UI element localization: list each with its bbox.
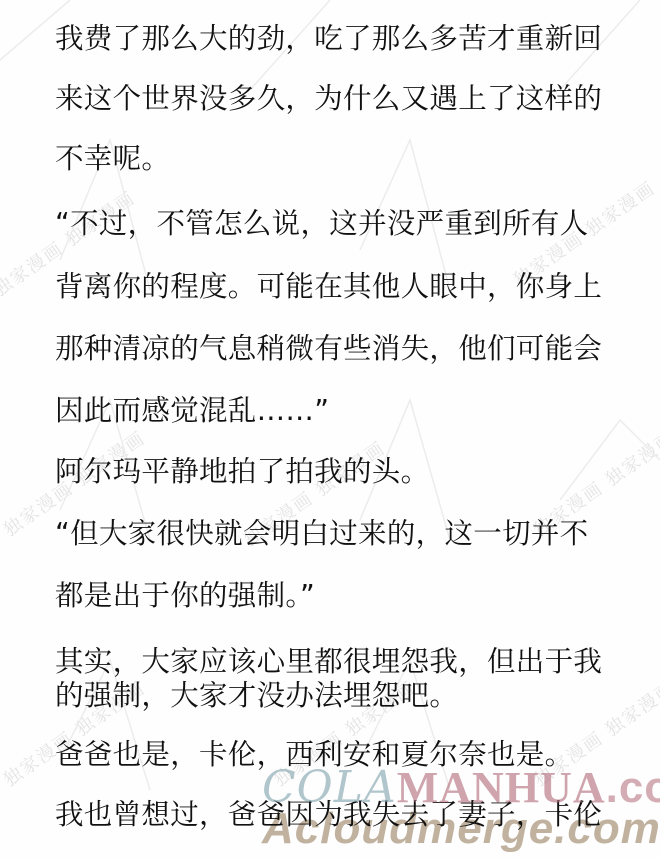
- text-line: 来这个世界没多久，为什么又遇上了这样的: [55, 82, 602, 116]
- text-line: 爸爸也是，卡伦，西利安和夏尔奈也是。: [55, 738, 573, 772]
- text-line: 背离你的程度。可能在其他人眼中，你身上: [55, 270, 602, 304]
- text-line: 阿尔玛平静地拍了拍我的头。: [55, 455, 429, 489]
- watermark-dotcom-text: .com: [606, 763, 660, 812]
- text-line: 都是出于你的强制。”: [55, 579, 315, 613]
- text-line: “但大家很快就会明白过来的，这一切并不: [55, 517, 588, 551]
- text-line: 因此而感觉混乱……”: [55, 394, 329, 428]
- text-line: 我费了那么大的劲，吃了那么多苦才重新回: [55, 22, 602, 56]
- bg-watermark-text: 独家漫画 独家漫画: [528, 674, 660, 792]
- background-watermark-pattern: 独家漫画 独家漫画 独家漫画 独家漫画 独家漫画 独家漫画 独家漫画 独家漫画 …: [0, 0, 660, 858]
- text-line: 不幸呢。: [55, 142, 170, 176]
- text-line: 的强制，大家才没办法埋怨吧。: [55, 679, 458, 713]
- text-line: “不过，不管怎么说，这并没严重到所有人: [55, 207, 588, 241]
- text-line: 其实，大家应该心里都很埋怨我，但出于我: [55, 645, 602, 679]
- document-page: 独家漫画 独家漫画 独家漫画 独家漫画 独家漫画 独家漫画 独家漫画 独家漫画 …: [0, 0, 660, 858]
- text-line: 我也曾想过，爸爸因为我失去了妻子，卡伦: [55, 798, 602, 832]
- text-line: 那种清凉的气息稍微有些消失，他们可能会: [55, 332, 602, 366]
- bg-watermark-lines: [0, 0, 660, 858]
